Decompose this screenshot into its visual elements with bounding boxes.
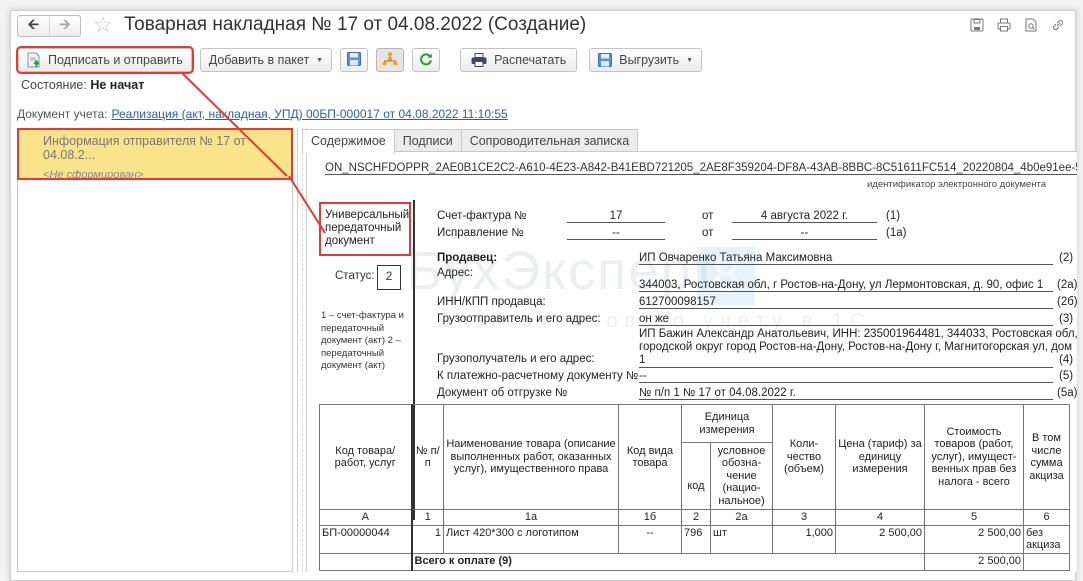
- header-name: Наименование товара (описание выполненны…: [444, 405, 619, 510]
- consignee-line-2: городской округ город Ростов-на-Дону, Ро…: [639, 341, 1072, 354]
- save-button[interactable]: [340, 48, 368, 72]
- consignee-label: Грузополучатель и его адрес:: [437, 353, 595, 365]
- print-label: Распечатать: [494, 53, 566, 67]
- sign-and-send-button[interactable]: Подписать и отправить: [18, 48, 192, 72]
- sign-and-send-label: Подписать и отправить: [48, 53, 183, 67]
- status-note: 1 – счет-фактура и передаточный документ…: [321, 310, 413, 373]
- table-row: БП-00000044 1 Лист 420*300 с логотипом -…: [320, 525, 1070, 553]
- cell-unit-code: 796: [682, 525, 711, 553]
- cell-name: Лист 420*300 с логотипом: [444, 525, 619, 553]
- command-bar: Подписать и отправить Добавить в пакет ▼: [18, 48, 710, 74]
- chevron-down-icon: ▼: [316, 57, 323, 64]
- payment-doc-value: --: [639, 370, 1053, 383]
- index-cell: 4: [836, 510, 925, 526]
- seller-label: Продавец:: [437, 252, 497, 264]
- consignee-line-3: 1: [639, 354, 1053, 368]
- seller-code: (2): [1059, 252, 1073, 264]
- total-empty: [320, 553, 412, 570]
- refresh-button[interactable]: [412, 48, 440, 72]
- export-button[interactable]: Выгрузить ▼: [589, 48, 702, 72]
- index-cell: 1а: [444, 510, 619, 526]
- floppy-icon: [347, 52, 361, 69]
- save-icon[interactable]: [970, 17, 984, 33]
- cell-kind: --: [619, 525, 682, 553]
- header-num: № п/п: [412, 405, 444, 510]
- header-code: Код товара/ работ, услуг: [320, 405, 412, 510]
- star-icon[interactable]: ☆: [93, 12, 113, 38]
- list-item-title: Информация отправителя № 17 от 04.08.2..…: [43, 134, 291, 162]
- consignee-code: (4): [1059, 354, 1073, 366]
- header-cost: Стоимость товаров (работ, услуг), имущес…: [925, 405, 1024, 510]
- shipper-value: он же: [639, 313, 1053, 326]
- refresh-icon: [419, 52, 433, 69]
- index-cell: 1: [412, 510, 444, 526]
- payment-doc-label: К платежно-расчетному документу №: [437, 370, 638, 382]
- window-title: Товарная накладная № 17 от 04.08.2022 (С…: [124, 13, 586, 37]
- export-label: Выгрузить: [619, 53, 679, 67]
- back-button[interactable]: 🡨: [18, 16, 50, 36]
- invoice-date: 4 августа 2022 г.: [732, 210, 877, 223]
- cell-excise: без акциза: [1024, 525, 1070, 553]
- shipper-label: Грузоотправитель и его адрес:: [437, 313, 601, 325]
- cell-cost: 2 500,00: [925, 525, 1024, 553]
- total-label: Всего к оплате (9): [412, 553, 925, 570]
- total-row: Всего к оплате (9) 2 500,00: [320, 553, 1070, 570]
- title-actions: [970, 17, 1065, 33]
- floppy-icon: [598, 53, 612, 67]
- accounting-document-row: Документ учета:Реализация (акт, накладна…: [17, 107, 508, 121]
- index-cell: 5: [925, 510, 1024, 526]
- panel-splitter[interactable]: [297, 128, 307, 571]
- index-row: А 1 1а 1б 2 2а 3 4 5 6: [320, 510, 1070, 526]
- header-kind: Код вида товара: [619, 405, 682, 510]
- navigation-buttons: 🡨 🡪: [17, 15, 81, 37]
- cell-num: 1: [412, 525, 444, 553]
- total-excise: [1024, 553, 1070, 570]
- index-cell: 6: [1024, 510, 1070, 526]
- cell-price: 2 500,00: [836, 525, 925, 553]
- structure-button[interactable]: [376, 48, 404, 72]
- add-to-package-button[interactable]: Добавить в пакет ▼: [200, 48, 332, 72]
- print-button[interactable]: Распечатать: [460, 48, 577, 72]
- correction-code: (1а): [886, 227, 906, 239]
- correction-label: Исправление №: [437, 227, 524, 239]
- index-cell: 2: [682, 510, 711, 526]
- cell-code: БП-00000044: [320, 525, 412, 553]
- tab-content[interactable]: Содержимое: [302, 129, 395, 153]
- index-cell: 3: [773, 510, 836, 526]
- hierarchy-icon: [382, 52, 398, 69]
- arrow-right-icon: 🡪: [59, 14, 70, 38]
- index-cell: 2а: [711, 510, 773, 526]
- package-documents-list: Информация отправителя № 17 от 04.08.2..…: [17, 128, 293, 571]
- header-excise: В том числе сумма акциза: [1024, 405, 1070, 510]
- header-unit-name: условное обозна- чение (нацио- нальное): [711, 443, 773, 510]
- link-icon[interactable]: [1051, 17, 1065, 33]
- arrow-left-icon: 🡨: [28, 14, 39, 38]
- seller-value: ИП Овчаренко Татьяна Максимовна: [639, 252, 1053, 265]
- address-label: Адрес:: [437, 267, 473, 279]
- inn-label: ИНН/КПП продавца:: [437, 296, 546, 308]
- payment-doc-code: (5): [1059, 370, 1073, 382]
- header-unit-group: Единица измерения: [682, 405, 773, 443]
- state-value: Не начат: [90, 78, 144, 92]
- tab-bar: Содержимое Подписи Сопроводительная запи…: [302, 129, 637, 152]
- invoice-from: от: [702, 210, 713, 222]
- accounting-document-label: Документ учета:: [17, 107, 107, 121]
- header-qty: Коли- чество (объем): [773, 405, 836, 510]
- cell-qty: 1,000: [773, 525, 836, 553]
- shipper-code: (3): [1059, 313, 1073, 325]
- print-icon[interactable]: [997, 17, 1011, 33]
- total-cost: 2 500,00: [925, 553, 1024, 570]
- correction-number: --: [567, 227, 665, 240]
- list-item[interactable]: Информация отправителя № 17 от 04.08.2..…: [19, 130, 291, 178]
- tab-cover-note[interactable]: Сопроводительная записка: [461, 129, 639, 152]
- file-identifier: ON_NSCHFDOPPR_2AE0B1CE2C2-A610-4E23-A842…: [325, 162, 1077, 175]
- invoice-label: Счет-фактура №: [437, 210, 527, 222]
- shipment-doc-label: Документ об отгрузке №: [437, 387, 567, 399]
- chevron-down-icon: ▼: [686, 57, 693, 64]
- shipment-doc-value: № п/п 1 № 17 от 04.08.2022 г.: [639, 387, 1053, 400]
- invoice-code: (1): [886, 210, 900, 222]
- shipment-doc-code: (5а): [1057, 387, 1077, 399]
- consignee-line-1: ИП Бажин Александр Анатольевич, ИНН: 235…: [639, 328, 1077, 341]
- status-label: Статус:: [335, 270, 375, 282]
- document-window: 🡨 🡪 ☆ Товарная накладная № 17 от 04.08.2…: [10, 10, 1076, 571]
- address-value: 344003, Ростовская обл, г Ростов-на-Дону…: [639, 279, 1053, 292]
- file-identifier-caption: идентификатор электронного документа: [867, 179, 1046, 190]
- state-row: Состояние: Не начат: [21, 78, 144, 92]
- printer-icon: [471, 53, 487, 67]
- document-preview: БухЭксперт База ответов по учёту в 1С 8 …: [307, 152, 1077, 571]
- header-price: Цена (тариф) за единицу измерения: [836, 405, 925, 510]
- add-to-package-label: Добавить в пакет: [209, 53, 309, 67]
- accounting-document-link[interactable]: Реализация (акт, накладная, УПД) 00БП-00…: [111, 107, 507, 121]
- correction-date: --: [732, 227, 877, 240]
- address-code: (2а): [1057, 279, 1077, 291]
- inn-value: 612700098157: [639, 296, 1053, 309]
- invoice-number: 17: [567, 210, 665, 223]
- status-value: 2: [377, 265, 401, 290]
- document-type-label: Универсальный передаточный документ: [321, 204, 409, 254]
- correction-from: от: [702, 227, 713, 239]
- header-unit-code: код: [682, 443, 711, 510]
- cell-unit-name: шт: [711, 525, 773, 553]
- document-send-icon: [27, 52, 41, 68]
- goods-table: Код товара/ работ, услуг № п/п Наименова…: [319, 404, 1070, 571]
- forward-button[interactable]: 🡪: [50, 16, 81, 36]
- index-cell: 1б: [619, 510, 682, 526]
- tab-signatures[interactable]: Подписи: [394, 129, 462, 152]
- list-item-status: <Не сформирован>: [43, 169, 291, 181]
- preview-icon[interactable]: [1024, 17, 1038, 33]
- inn-code: (2б): [1057, 296, 1077, 308]
- state-label: Состояние:: [21, 78, 87, 92]
- index-cell: А: [320, 510, 412, 526]
